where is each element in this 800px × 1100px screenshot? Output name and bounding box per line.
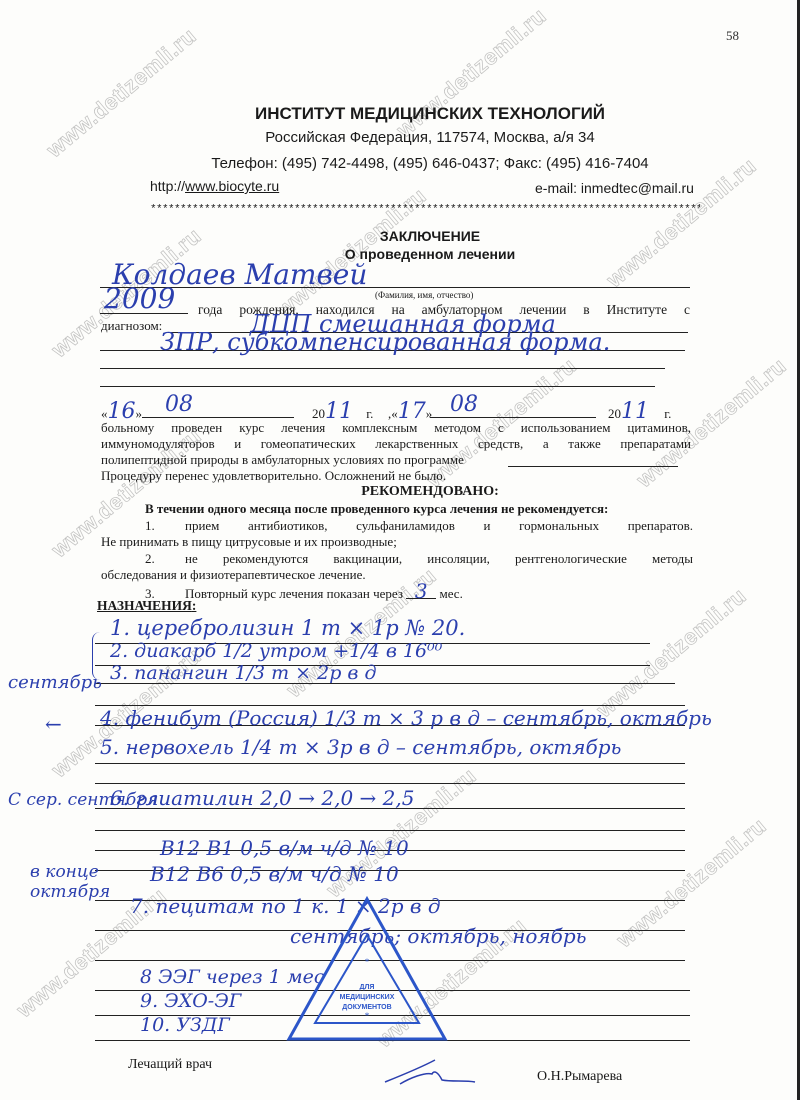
watermark: www.detizemli.ru [602,153,762,293]
margin-arrow: ← [45,712,62,736]
institute-name: ИНСТИТУТ МЕДИЦИНСКИХ ТЕХНОЛОГИЙ [0,104,800,124]
watermark: www.detizemli.ru [612,813,772,953]
name-caption: (Фамилия, имя, отчество) [375,290,473,300]
prescription-item: 1. церебролизин 1 т × 1р № 20. [110,616,465,640]
svg-text:*: * [365,1011,370,1021]
margin-note: С сер. сентября [8,790,158,810]
email: e-mail: inmedtec@mail.ru [535,180,694,196]
prescription-item: В12 В1 0,5 в/м ч/д № 10 [160,836,409,860]
birth-year: 2009 [104,282,175,315]
date-to: ,«17» [388,404,432,421]
doctor-label: Лечащий врач [128,1057,212,1073]
document-title: ЗАКЛЮЧЕНИЕ [0,228,800,244]
recommendations-intro: В течении одного месяца после проведенно… [145,501,608,516]
prescription-item: 9. ЭХО-ЭГ [140,990,241,1012]
website-prefix: http:// [150,178,185,194]
treatment-line2: иммуномодуляторов и гомеопатических лека… [101,436,691,451]
svg-text:ДЛЯ: ДЛЯ [360,984,375,991]
treatment-line3: полипептидной природы в амбулаторных усл… [101,452,464,467]
repeat-course-months: 3 [406,584,436,599]
institute-phones: Телефон: (495) 742-4498, (495) 646-0437;… [0,155,800,172]
watermark: www.detizemli.ru [592,583,752,723]
prescription-item: 10. УЗДГ [140,1014,230,1036]
margin-bracket [92,632,103,680]
margin-note: в конце октября [30,862,110,902]
page-number: 58 [726,28,739,44]
svg-text:ДОКУМЕНТОВ: ДОКУМЕНТОВ [342,1004,391,1011]
website-line: http://www.biocyte.ru [150,178,279,194]
separator: ****************************************… [150,204,700,216]
stamp-icon: ДЛЯ МЕДИЦИНСКИХ ДОКУМЕНТОВ * * [285,895,450,1045]
date-to-month: 08 [450,392,478,417]
date-to-year: 2011 г. [608,404,671,421]
recommendation-2-cont: обследования и физиотерапевтическое лече… [101,567,366,582]
prescription-item: В12 В6 0,5 в/м ч/д № 10 [150,862,399,886]
svg-text:МЕДИЦИНСКИХ: МЕДИЦИНСКИХ [340,994,395,1001]
recommendation-2: 2.не рекомендуются вакцинации, инсоляции… [145,551,693,566]
date-from: «16» [101,404,142,421]
prescription-item: 2. диакарб 1/2 утром +1/4 в 16⁰⁰ [110,640,442,662]
website-link[interactable]: www.biocyte.ru [185,178,279,194]
prescription-item: 3. панангин 1/3 т × 2р в д [110,662,377,684]
recommendation-1: 1.прием антибиотиков, сульфаниламидов и … [145,518,693,533]
date-from-year: 2011 г. [312,404,373,421]
prescription-item: 5. нервохель 1/4 т × 3р в д – сентябрь, … [100,735,621,759]
recommendations-heading: РЕКОМЕНДОВАНО: [0,484,800,500]
institute-address: Российская Федерация, 117574, Москва, а/… [0,129,800,146]
prescription-item: 4. фенибут (Россия) 1/3 т × 3 р в д – се… [100,706,712,730]
recommendation-1-cont: Не принимать в пищу цитрусовые и их прои… [101,534,397,549]
signature-icon [380,1050,480,1090]
prescriptions-heading: НАЗНАЧЕНИЯ: [97,598,196,613]
date-from-month: 08 [165,392,193,417]
diagnosis-label: диагнозом: [101,318,162,333]
treatment-line4: Процедуру перенес удовлетворительно. Осл… [101,468,446,483]
diagnosis-line2: ЗПР, субкомпенсированная форма. [160,328,610,356]
doctor-name: О.Н.Рымарева [537,1069,622,1085]
svg-text:*: * [365,957,370,967]
margin-note: сентябрь [8,672,102,693]
treatment-line1: больному проведен курс лечения комплексн… [101,420,691,435]
